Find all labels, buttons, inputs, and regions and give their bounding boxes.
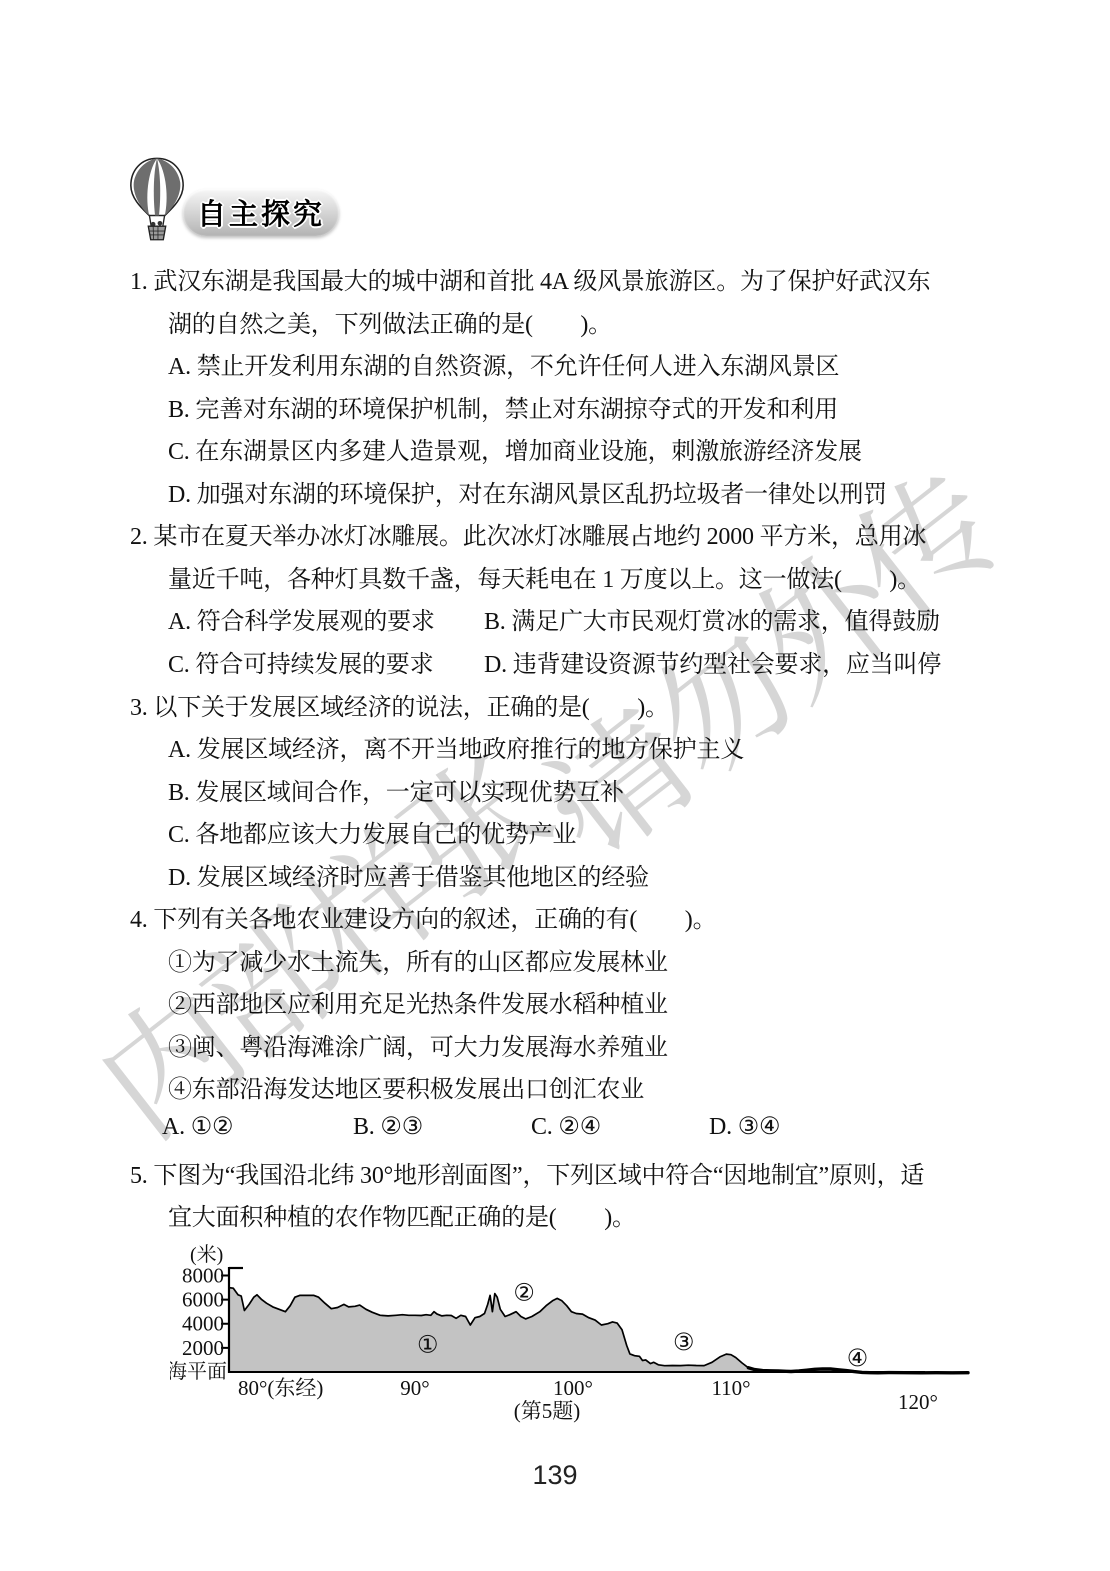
text-segment: D. 违背建设资源节约型社会要求，应当叫停 (484, 644, 941, 679)
text-segment: B. 满足广大市民观灯赏冰的需求，值得鼓励 (484, 601, 940, 636)
y-axis-unit-label: (米) (190, 1243, 223, 1266)
text-segment: B. 完善对东湖的环境保护机制，禁止对东湖掠夺式的开发和利用 (168, 389, 838, 424)
x-tick-label: 90° (400, 1376, 429, 1400)
question-line: A. 符合科学发展观的要求B. 满足广大市民观灯赏冰的需求，值得鼓励 (0, 601, 1110, 644)
hot-air-balloon-icon (126, 156, 188, 251)
badge-label: 自主探究 (197, 192, 325, 233)
text-segment: 3. 以下关于发展区域经济的说法，正确的是( )。 (130, 687, 669, 722)
question-line: ④东部沿海发达地区要积极发展出口创汇农业 (0, 1069, 1110, 1112)
question-line: B. 发展区域间合作，一定可以实现优势互补 (0, 772, 1110, 815)
text-segment: B. 发展区域间合作，一定可以实现优势互补 (168, 772, 624, 807)
question-line: ②西部地区应利用充足光热条件发展水稻种植业 (0, 984, 1110, 1027)
question-line: 量近千吨，各种灯具数千盏，每天耗电在 1 万度以上。这一做法( )。 (0, 559, 1110, 602)
question-line: 宜大面积种植的农作物匹配正确的是( )。 (0, 1197, 1110, 1240)
question-line: B. 完善对东湖的环境保护机制，禁止对东湖掠夺式的开发和利用 (0, 389, 1110, 432)
figure-caption: (第5题) (514, 1399, 581, 1423)
region-annotation: ② (513, 1278, 535, 1306)
text-segment: ③闽、粤沿海滩涂广阔，可大力发展海水养殖业 (168, 1027, 668, 1062)
x-tick-label: 100° (553, 1376, 593, 1400)
text-segment: ②西部地区应利用充足光热条件发展水稻种植业 (168, 984, 668, 1019)
y-tick-label: 8000 (182, 1263, 224, 1287)
question-line: ③闽、粤沿海滩涂广阔，可大力发展海水养殖业 (0, 1027, 1110, 1070)
question-line: D. 加强对东湖的环境保护，对在东湖风景区乱扔垃圾者一律处以刑罚 (0, 474, 1110, 517)
text-segment: A. 符合科学发展观的要求 (168, 601, 435, 636)
text-segment: A. 发展区域经济，离不开当地政府推行的地方保护主义 (168, 729, 744, 764)
question-line: 4. 下列有关各地农业建设方向的叙述，正确的有( )。 (0, 899, 1110, 942)
sea-level-label: 海平面 (170, 1360, 227, 1383)
question-line: ①为了减少水土流失，所有的山区都应发展林业 (0, 942, 1110, 985)
text-segment: B. ②③ (353, 1112, 423, 1141)
text-segment: 4. 下列有关各地农业建设方向的叙述，正确的有( )。 (130, 899, 716, 934)
text-segment: 量近千吨，各种灯具数千盏，每天耗电在 1 万度以上。这一做法( )。 (168, 559, 921, 594)
y-tick-label: 6000 (182, 1288, 224, 1312)
elevation-profile-chart: 8000600040002000(米)海平面80°(东经)90°100°110°… (170, 1243, 1020, 1423)
question-line: 2. 某市在夏天举办冰灯冰雕展。此次冰灯冰雕展占地约 2000 平方米，总用冰 (0, 516, 1110, 559)
question-line: C. 符合可持续发展的要求D. 违背建设资源节约型社会要求，应当叫停 (0, 644, 1110, 687)
question-line: A. ①②B. ②③C. ②④D. ③④ (0, 1112, 1110, 1155)
question-line: C. 在东湖景区内多建人造景观，增加商业设施，刺激旅游经济发展 (0, 431, 1110, 474)
question-line: 湖的自然之美，下列做法正确的是( )。 (0, 304, 1110, 347)
text-segment: D. 发展区域经济时应善于借鉴其他地区的经验 (168, 857, 649, 892)
text-segment: 宜大面积种植的农作物匹配正确的是( )。 (168, 1197, 636, 1232)
text-segment: 2. 某市在夏天举办冰灯冰雕展。此次冰灯冰雕展占地约 2000 平方米，总用冰 (130, 516, 926, 551)
question-line: A. 发展区域经济，离不开当地政府推行的地方保护主义 (0, 729, 1110, 772)
region-annotation: ① (417, 1330, 439, 1358)
text-segment: D. ③④ (709, 1112, 780, 1141)
question-line: C. 各地都应该大力发展自己的优势产业 (0, 814, 1110, 857)
text-segment: ④东部沿海发达地区要积极发展出口创汇农业 (168, 1069, 644, 1104)
y-tick-label: 2000 (182, 1336, 224, 1360)
text-segment: C. 符合可持续发展的要求 (168, 644, 433, 679)
question-line: D. 发展区域经济时应善于借鉴其他地区的经验 (0, 857, 1110, 900)
figure: 8000600040002000(米)海平面80°(东经)90°100°110°… (170, 1243, 1020, 1428)
text-segment: D. 加强对东湖的环境保护，对在东湖风景区乱扔垃圾者一律处以刑罚 (168, 474, 887, 509)
x-tick-label: 120° (898, 1390, 938, 1414)
question-line: 3. 以下关于发展区域经济的说法，正确的是( )。 (0, 687, 1110, 730)
explore-badge: 自主探究 (183, 189, 339, 236)
text-segment: C. 在东湖景区内多建人造景观，增加商业设施，刺激旅游经济发展 (168, 431, 862, 466)
text-segment: 湖的自然之美，下列做法正确的是( )。 (168, 304, 612, 339)
workbook-page: 内部样张， 请勿外传 自主探究 1. 武汉东湖是我国最大的城中湖和首批 4A 级… (0, 0, 1110, 1571)
text-segment: ①为了减少水土流失，所有的山区都应发展林业 (168, 942, 668, 977)
text-segment: C. ②④ (531, 1112, 601, 1141)
x-tick-label: 110° (711, 1376, 750, 1400)
text-segment: A. 禁止开发利用东湖的自然资源，不允许任何人进入东湖风景区 (168, 346, 839, 381)
text-segment: 5. 下图为“我国沿北纬 30°地形剖面图”，下列区域中符合“因地制宜”原则，适 (130, 1155, 924, 1190)
y-tick-label: 4000 (182, 1312, 224, 1336)
text-segment: C. 各地都应该大力发展自己的优势产业 (168, 814, 576, 849)
question-line: 1. 武汉东湖是我国最大的城中湖和首批 4A 级风景旅游区。为了保护好武汉东 (0, 261, 1110, 304)
region-annotation: ③ (673, 1328, 695, 1356)
question-line: A. 禁止开发利用东湖的自然资源，不允许任何人进入东湖风景区 (0, 346, 1110, 389)
region-annotation: ④ (847, 1344, 869, 1372)
x-tick-label: 80°(东经) (238, 1376, 323, 1400)
question-line: 5. 下图为“我国沿北纬 30°地形剖面图”，下列区域中符合“因地制宜”原则，适 (0, 1155, 1110, 1198)
page-number: 139 (0, 1460, 1110, 1491)
text-segment: 1. 武汉东湖是我国最大的城中湖和首批 4A 级风景旅游区。为了保护好武汉东 (130, 261, 930, 296)
text-segment: A. ①② (162, 1112, 233, 1141)
